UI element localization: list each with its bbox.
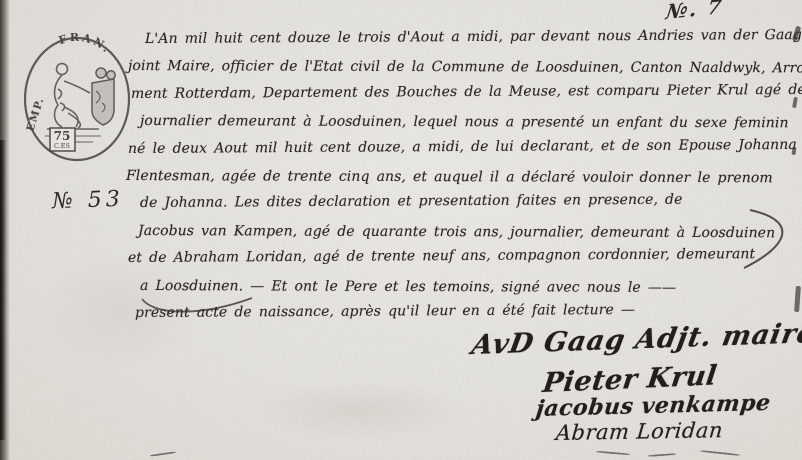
binding-edge-dark-segment xyxy=(0,140,6,440)
empire-francais-75c-revenue-stamp: FRAN. EMP. 75 C.ES xyxy=(17,33,139,169)
stamp-value-text: 75 xyxy=(54,129,71,143)
cutoff-stroke xyxy=(648,453,676,457)
record-number: № 53 xyxy=(52,187,125,214)
paper-smudge xyxy=(250,380,470,440)
cutoff-stroke xyxy=(150,451,176,457)
cutoff-stroke xyxy=(700,450,740,456)
signature-witness-van-kampen: jacobus venkampe xyxy=(535,390,773,422)
edge-ink-mark xyxy=(794,286,801,312)
edge-ink-mark xyxy=(792,97,798,109)
act-line: L'An mil huit cent douze le trois d'Aout… xyxy=(145,22,796,53)
act-line: ment Rotterdam, Departement des Bouches … xyxy=(131,77,796,108)
act-line: né le deux Aout mil huit cent douze, a m… xyxy=(128,132,796,163)
stamp-arc-label: FRAN. xyxy=(57,33,114,57)
stamp-arc-text: FRAN. xyxy=(57,33,114,57)
stamp-value-tablet: 75 C.ES xyxy=(50,128,75,151)
cutoff-stroke xyxy=(596,451,630,456)
stamp-side-text: EMP. xyxy=(24,95,46,132)
act-line: de Johanna. Les dites declaration et pre… xyxy=(140,186,796,217)
signature-witness-loridan: Abram Loridan xyxy=(555,418,724,445)
act-body-text: L'An mil huit cent douze le trois d'Aout… xyxy=(128,26,796,327)
page-number: №. 7 xyxy=(664,0,725,24)
act-line: et de Abraham Loridan, agé de trente neu… xyxy=(128,241,796,272)
scanned-birth-record-page: FRAN. EMP. 75 C.ES № xyxy=(0,0,802,460)
busts-and-shield-engraving xyxy=(92,68,115,125)
stamp-value-unit-text: C.ES xyxy=(54,142,70,150)
